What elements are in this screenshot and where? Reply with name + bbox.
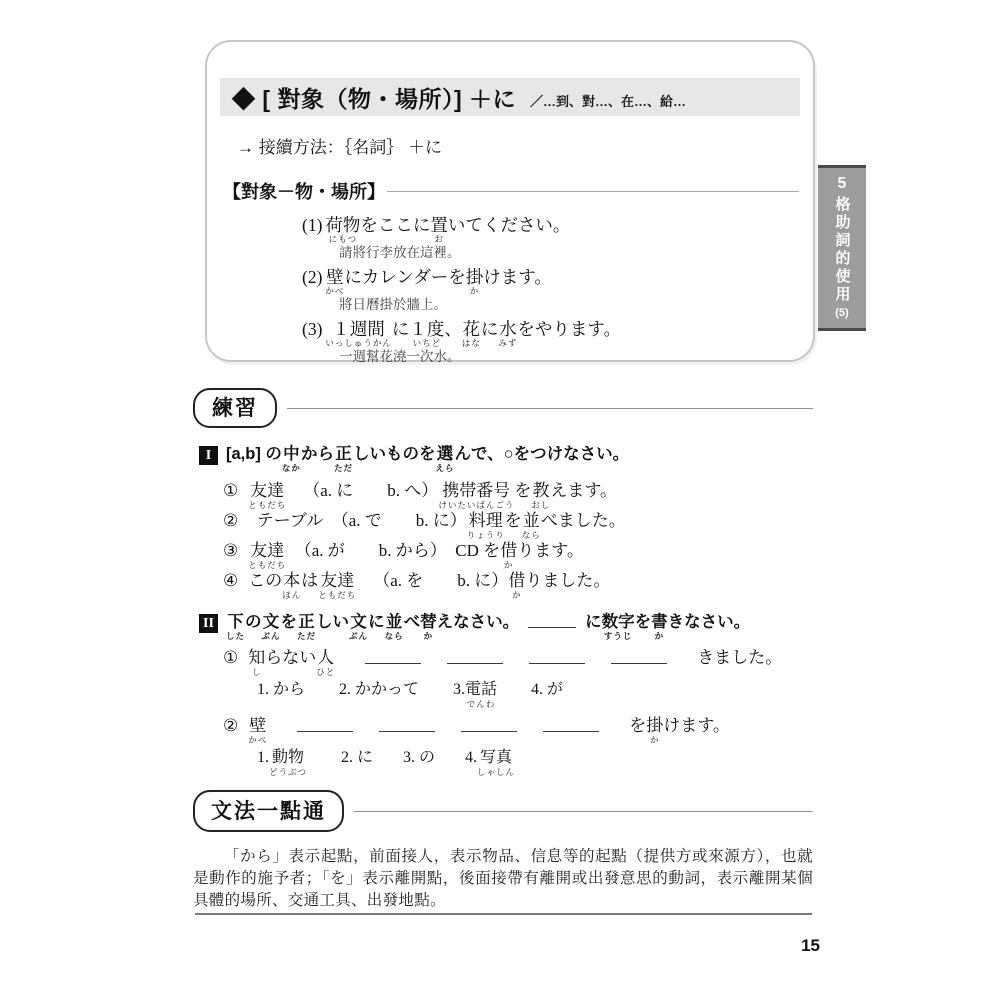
example-japanese: (3) １週間いっしゅうかんに１度いちど、花はなに水みずをやります。 [302,318,813,349]
choice-list: 1. から 2. かかって 3. 電話でんわ 4. が [257,679,813,709]
chapter-side-tab: 5 格助詞的使用 (5) [818,165,866,331]
part1-item: ②テーブル （a. で b. に） 料理りょうりを並ならべました。 [223,510,813,540]
answer-blank [529,647,585,664]
example-item: (3) １週間いっしゅうかんに１度いちど、花はなに水みずをやります。 一週幫花澆… [302,318,813,365]
answer-blank [611,647,667,664]
example-japanese: (2) 壁かべにカレンダーを掛かけます。 [302,266,813,297]
answer-blank [297,715,353,732]
choice: 4. 写真しゃしん [465,747,515,777]
grammar-point-card: ◆ [ 對象（物・場所）] ＋に ／…到、對…、在…、給… → 接續方法：｛名詞… [205,40,815,362]
practice-section: 練習 I[a,b] の中なかから正ただしいものを選えらんで、○をつけなさい。 ①… [193,388,813,777]
choice: 3. の [403,747,435,769]
connection-rule: → 接續方法：｛名詞｝ ＋に [237,133,813,158]
example-chinese: 一週幫花澆一次水。 [339,349,813,365]
usage-group-label: 【對象－物・場所】 [223,178,385,204]
footer-rule [195,913,812,915]
book-page: 5 格助詞的使用 (5) ◆ [ 對象（物・場所）] ＋に ／…到、對…、在…、… [0,0,1000,1000]
choice: 2. に [341,747,373,769]
answer-blank [447,647,503,664]
grammar-point-header: ◆ [ 對象（物・場所）] ＋に ／…到、對…、在…、給… [220,78,800,116]
item-number: ① [223,647,238,669]
chapter-number: 5 [838,175,847,193]
practice-header: 練習 [193,388,813,428]
example-number: (3) [302,318,322,340]
choice: 4. が [531,679,563,701]
choice: 3. 電話でんわ [453,679,497,709]
part1-item-list: ①友達ともだち （a. に b. へ） 携帯番号けいたいばんごうを教おしえます。… [223,480,813,600]
example-item: (1) 荷物にもつをここに置おいてください。 請將行李放在這裡。 [302,214,813,261]
usage-group-row: 【對象－物・場所】 [223,178,799,204]
item-number: ② [223,715,238,737]
grammar-tip-label: 文法一點通 [193,790,344,832]
grammar-tip-section: 文法一點通 「から」表示起點，前面接人，表示物品、信息等的起點（提供方或來源方）… [193,790,813,912]
grammar-point-title: ◆ [ 對象（物・場所）] ＋に [232,81,516,114]
example-item: (2) 壁かべにカレンダーを掛かけます。 將日曆掛於牆上。 [302,266,813,313]
page-number: 15 [770,936,820,956]
part2-item: ①知しらない人ひと きました。 [223,647,813,678]
choice: 1. から [257,679,305,701]
divider-line [287,408,813,409]
example-japanese: (1) 荷物にもつをここに置おいてください。 [302,214,813,245]
answer-blank [379,715,435,732]
example-number: (1) [302,214,322,236]
part2-instruction: 下したの文ぶんを正ただしい文ぶんに並ならべ替かえなさい。に数字すうじを書かきなさ… [226,612,750,630]
part1-item: ①友達ともだち （a. に b. へ） 携帯番号けいたいばんごうを教おしえます。 [223,480,813,510]
part1-item: ④この本ほんは友達ともだち （a. を b. に） 借かりました。 [223,570,813,600]
answer-blank [528,612,576,628]
part2-instruction-row: II下したの文ぶんを正ただしい文ぶんに並ならべ替かえなさい。に数字すうじを書かき… [199,612,813,641]
item-number: ① [223,480,238,502]
example-chinese: 請將行李放在這裡。 [339,245,813,261]
grammar-tip-header: 文法一點通 [193,790,813,832]
example-number: (2) [302,266,322,288]
chapter-subnumber: (5) [835,307,848,319]
item-number: ④ [223,570,238,592]
part1-instruction: [a,b] の中なかから正ただしいものを選えらんで、○をつけなさい。 [226,444,629,462]
answer-blank [461,715,517,732]
answer-blank [365,647,421,664]
part2-marker: II [199,614,218,633]
choice: 2. かかって [339,679,419,701]
divider-line [387,191,799,192]
chapter-title-vertical: 格助詞的使用 [832,196,853,304]
answer-blank [543,715,599,732]
example-list: (1) 荷物にもつをここに置おいてください。 請將行李放在這裡。 (2) 壁かべ… [302,214,813,365]
diamond-bullet-icon: ◆ [232,86,256,112]
item-number: ③ [223,540,238,562]
part2-item: ②壁かべ を掛かけます。 [223,715,813,746]
choice: 1. 動物どうぶつ [257,747,307,777]
practice-label: 練習 [193,388,277,428]
example-chinese: 將日曆掛於牆上。 [339,297,813,313]
item-number: ② [223,510,238,532]
divider-line [354,811,813,812]
part1-marker: I [199,446,218,465]
grammar-point-translation-note: ／…到、對…、在…、給… [530,85,686,110]
grammar-tip-text: 「から」表示起點，前面接人，表示物品、信息等的起點（提供方或來源方），也就是動作… [193,846,813,912]
part1-instruction-row: I[a,b] の中なかから正ただしいものを選えらんで、○をつけなさい。 [199,444,813,473]
choice-list: 1. 動物どうぶつ 2. に 3. の 4. 写真しゃしん [257,747,813,777]
part1-item: ③友達ともだち （a. が b. から） CD を借かります。 [223,540,813,570]
